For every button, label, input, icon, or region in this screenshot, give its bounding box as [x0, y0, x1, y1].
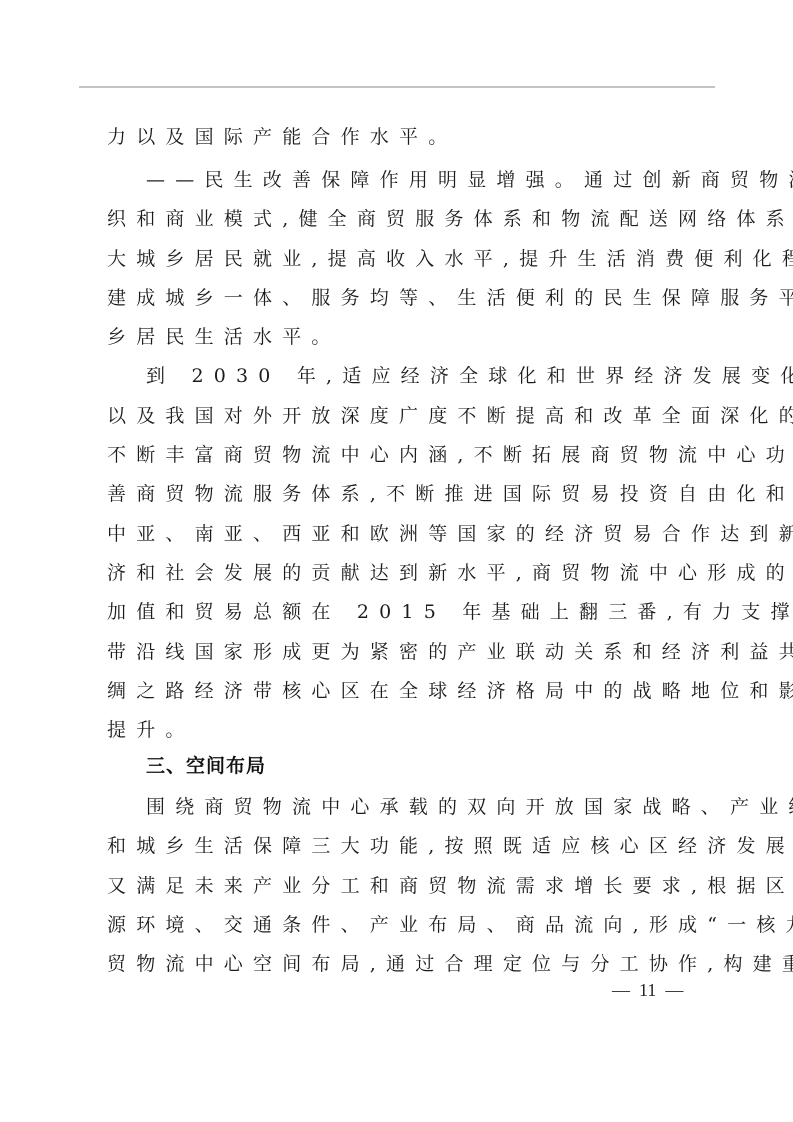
text-line: 源环境、交通条件、产业布局、商品流向,形成“一核九区多节点”商	[107, 913, 707, 937]
header-rule	[79, 86, 715, 88]
text-line: 乡居民生活水平。	[107, 325, 707, 349]
text-line: 提升。	[107, 718, 707, 742]
text-line: 围绕商贸物流中心承载的双向开放国家战略、产业组织创新	[146, 795, 746, 819]
text-line: 力以及国际产能合作水平。	[107, 125, 707, 149]
text-line: 善商贸物流服务体系,不断推进国际贸易投资自由化和便利化,与	[107, 482, 707, 506]
text-line: 建成城乡一体、服务均等、生活便利的民生保障服务平台,改善城	[107, 286, 707, 310]
text-line: 绸之路经济带核心区在全球经济格局中的战略地位和影响力显著	[107, 679, 707, 703]
text-line: 中亚、南亚、西亚和欧洲等国家的经济贸易合作达到新高度,对经	[107, 522, 707, 546]
text-line: 大城乡居民就业,提高收入水平,提升生活消费便利化程度,基本	[107, 247, 707, 271]
text-line: 又满足未来产业分工和商贸物流需求增长要求,根据区域规划、资	[107, 874, 707, 898]
text-line: 到 2030 年,适应经济全球化和世界经济发展变化的新趋势,	[146, 364, 746, 388]
text-line: 不断丰富商贸物流中心内涵,不断拓展商贸物流中心功能,不断完	[107, 443, 707, 467]
text-line: 贸物流中心空间布局,通过合理定位与分工协作,构建重点突出、	[107, 952, 707, 976]
text-line: ——民生改善保障作用明显增强。通过创新商贸物流运营组	[146, 168, 746, 192]
text-line: 加值和贸易总额在 2015 年基础上翻三番,有力支撑丝绸之路经济	[107, 600, 707, 624]
text-line: 以及我国对外开放深度广度不断提高和改革全面深化的新要求,	[107, 404, 707, 428]
text-line: 带沿线国家形成更为紧密的产业联动关系和经济利益共同体,丝	[107, 640, 707, 664]
text-line: 织和商业模式,健全商贸服务体系和物流配送网络体系,进一步扩	[107, 207, 707, 231]
section-heading: 三、空间布局	[146, 754, 266, 778]
text-line: 和城乡生活保障三大功能,按照既适应核心区经济发展现实基础、	[107, 834, 707, 858]
page-number: — 11 —	[612, 978, 682, 1002]
text-line: 济和社会发展的贡献达到新水平,商贸物流中心形成的物流业增	[107, 561, 707, 585]
